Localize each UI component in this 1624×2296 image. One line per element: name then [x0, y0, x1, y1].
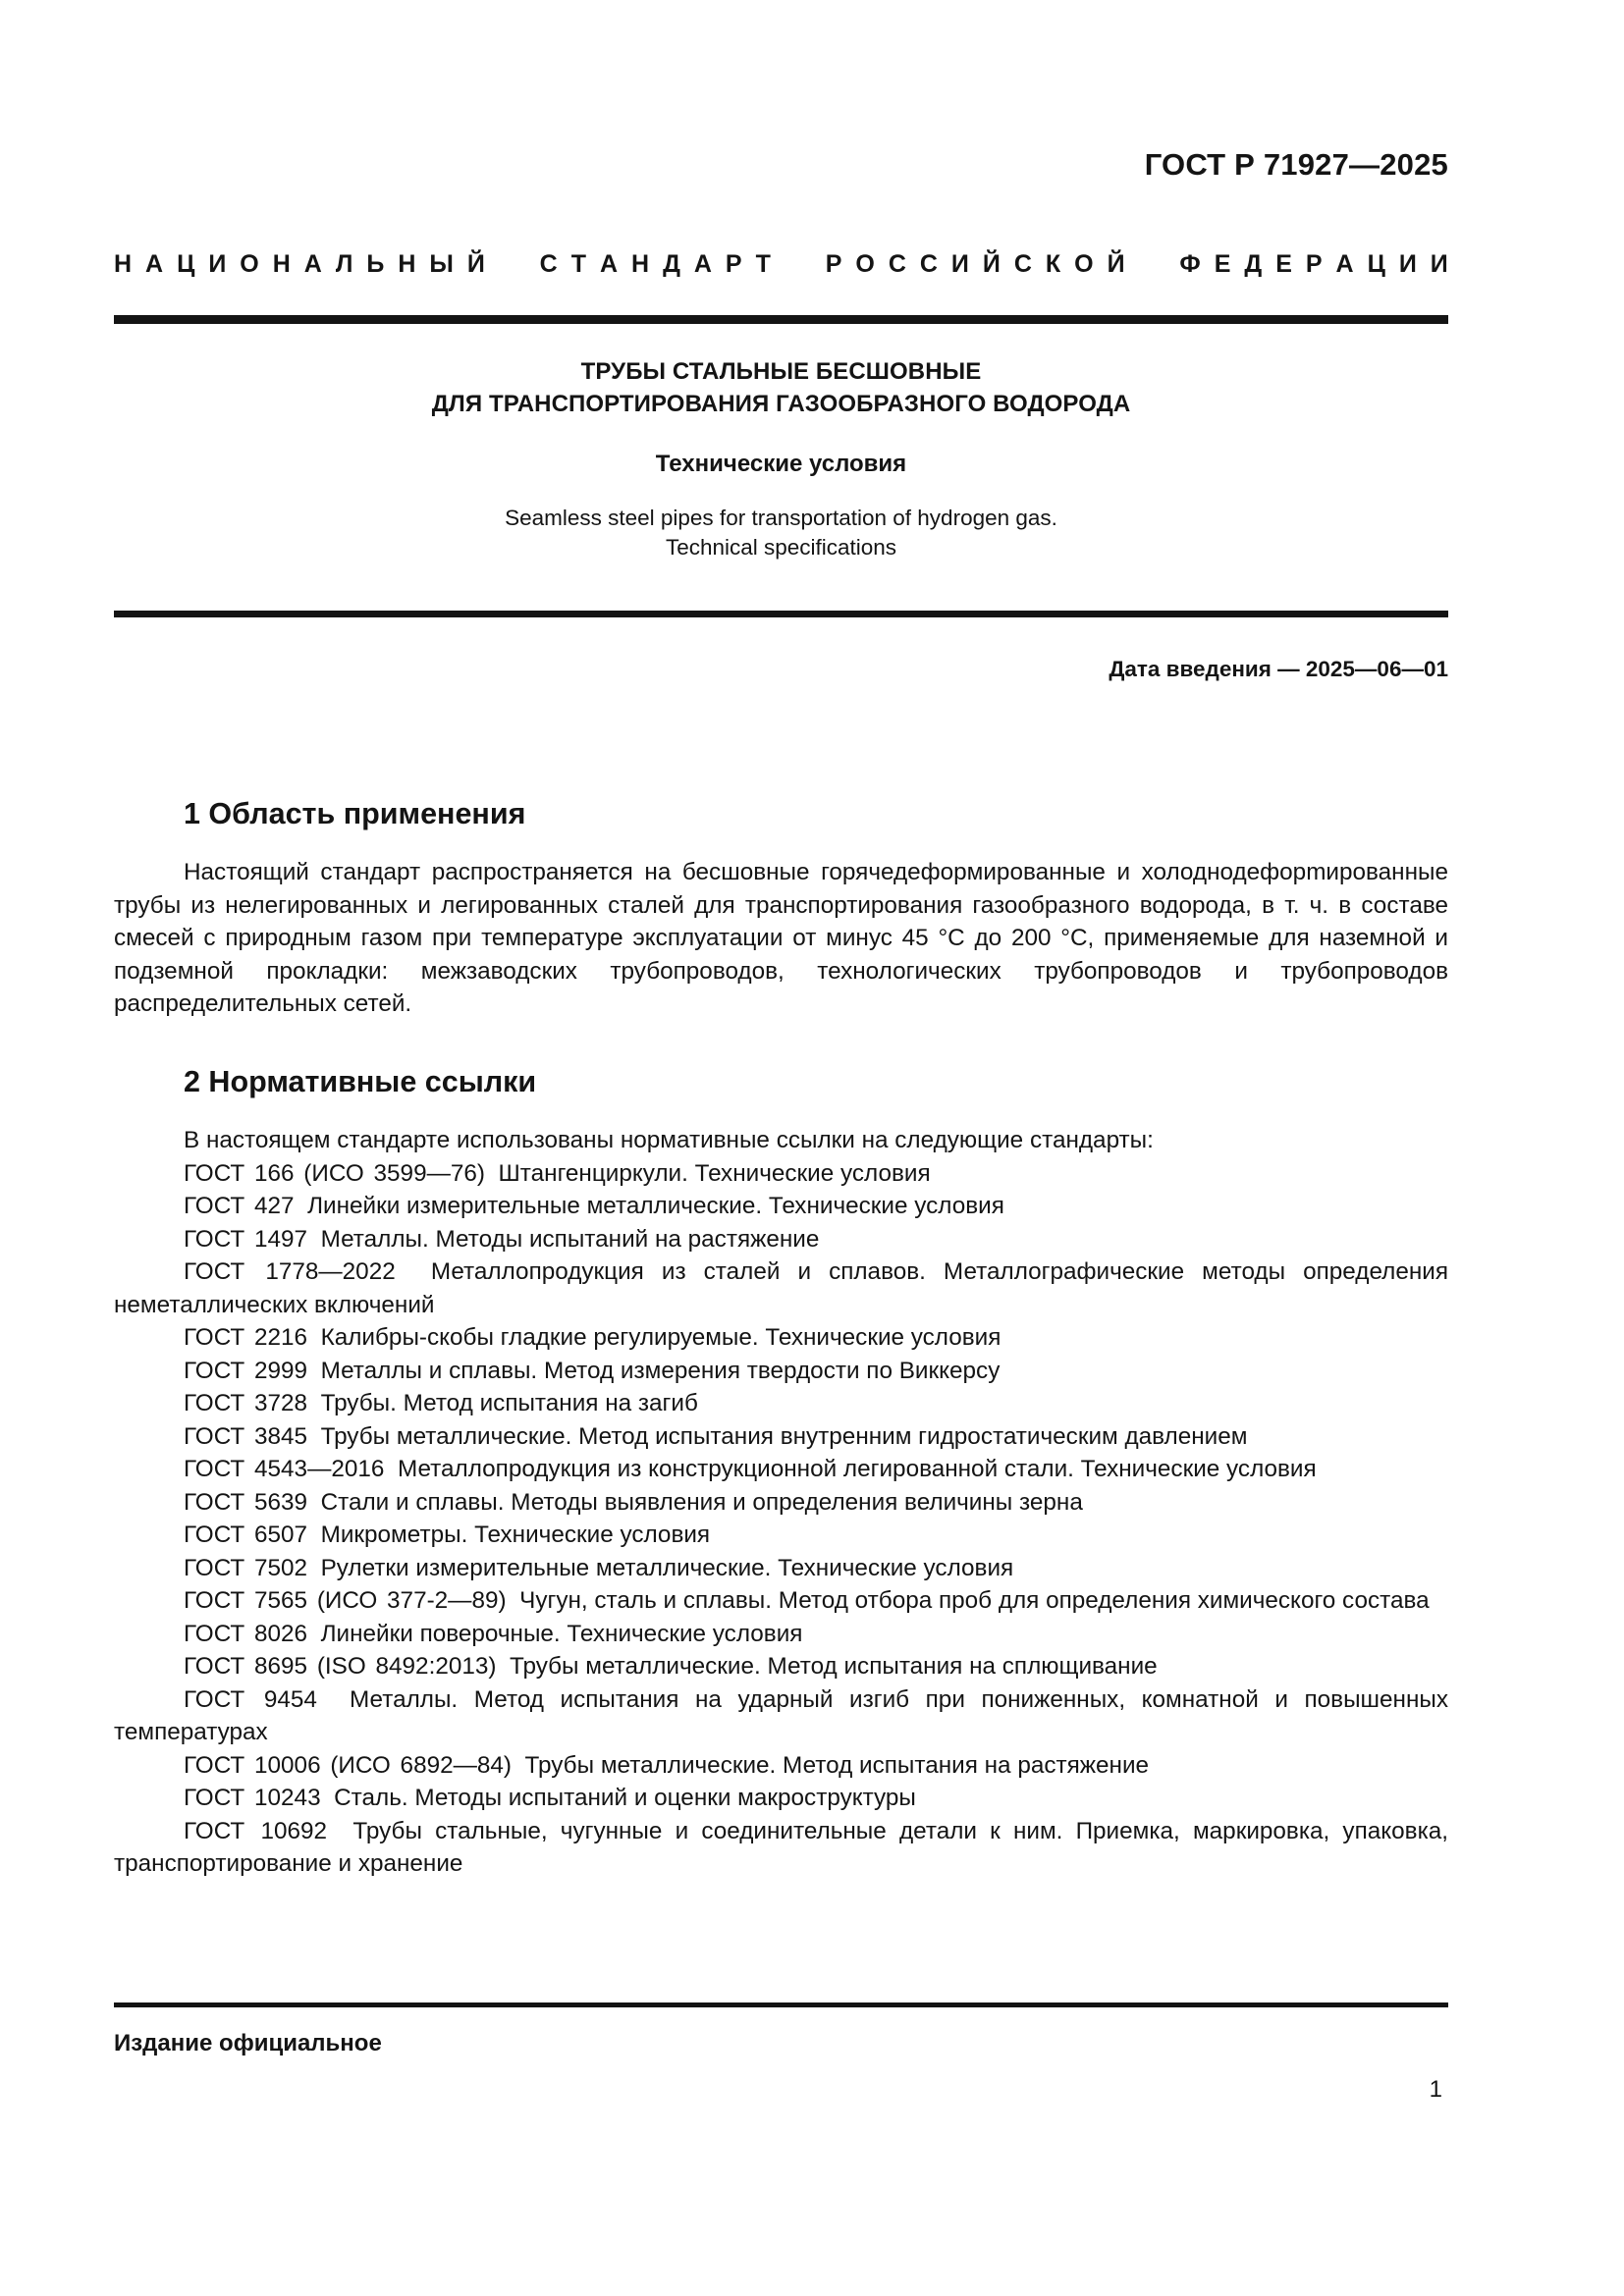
- banner-letter: [1159, 250, 1165, 279]
- banner-letter: К: [1046, 250, 1060, 279]
- reference-item: ГОСТ 2999 Металлы и сплавы. Метод измере…: [114, 1355, 1448, 1388]
- banner-letter: Н: [273, 250, 291, 279]
- banner-letter: И: [1431, 250, 1448, 279]
- banner-letter: И: [208, 250, 226, 279]
- banner-letter: Ц: [177, 250, 194, 279]
- reference-item: ГОСТ 4543—2016 Металлопродукция из конст…: [114, 1453, 1448, 1486]
- document-page: ГОСТ Р 71927—2025 НАЦИОНАЛЬНЫЙ СТАНДАРТ …: [114, 0, 1448, 2296]
- banner-letter: Е: [1215, 250, 1231, 279]
- reference-code: ГОСТ 4543—2016: [184, 1456, 384, 1482]
- section-1-heading: 1 Область применения: [184, 797, 525, 831]
- reference-code: ГОСТ 10243: [184, 1785, 321, 1811]
- reference-title: Металлопродукция из конструкционной леги…: [398, 1456, 1317, 1482]
- reference-title: Сталь. Методы испытаний и оценки макрост…: [334, 1785, 916, 1811]
- reference-code: ГОСТ 3845: [184, 1423, 307, 1450]
- banner-letter: [519, 250, 526, 279]
- reference-code: ГОСТ 3728: [184, 1390, 307, 1416]
- reference-code: ГОСТ 8695 (ISO 8492:2013): [184, 1653, 496, 1680]
- english-title-line-1: Seamless steel pipes for transportation …: [114, 504, 1448, 533]
- banner-letter: О: [855, 250, 874, 279]
- banner-letter: А: [145, 250, 163, 279]
- banner-letter: Й: [467, 250, 485, 279]
- normative-references-list: В настоящем стандарте использованы норма…: [114, 1124, 1448, 1881]
- banner-letter: Т: [571, 250, 586, 279]
- standard-designation: ГОСТ Р 71927—2025: [1145, 147, 1448, 183]
- reference-code: ГОСТ 427: [184, 1193, 295, 1219]
- banner-letter: Й: [983, 250, 1001, 279]
- reference-title: Рулетки измерительные металлические. Тех…: [321, 1555, 1014, 1581]
- banner-letter: Ф: [1179, 250, 1200, 279]
- banner-letter: Р: [826, 250, 842, 279]
- title-subtitle: Технические условия: [114, 448, 1448, 480]
- references-container: ГОСТ 166 (ИСО 3599—76) Штангенциркули. Т…: [114, 1157, 1448, 1881]
- introduction-date: Дата введения — 2025—06—01: [1109, 657, 1448, 682]
- banner-letter: [499, 250, 506, 279]
- reference-title: Трубы металлические. Метод испытания на …: [525, 1752, 1150, 1779]
- reference-title: Линейки поверочные. Технические условия: [321, 1621, 803, 1647]
- reference-title: Металлы. Методы испытаний на растяжение: [321, 1226, 820, 1253]
- section-2-heading: 2 Нормативные ссылки: [184, 1065, 536, 1099]
- banner-letter: Ь: [366, 250, 384, 279]
- banner-letter: А: [694, 250, 712, 279]
- title-line-1: ТРУБЫ СТАЛЬНЫЕ БЕСШОВНЫЕ: [114, 355, 1448, 388]
- page-number: 1: [1430, 2076, 1442, 2104]
- reference-code: ГОСТ 1778—2022: [184, 1258, 396, 1285]
- english-title: Seamless steel pipes for transportation …: [114, 504, 1448, 562]
- banner-letter: С: [920, 250, 938, 279]
- scope-section-body: Настоящий стандарт распространяется на б…: [114, 856, 1448, 1021]
- banner-letter: А: [600, 250, 618, 279]
- reference-code: ГОСТ 7565 (ИСО 377-2—89): [184, 1587, 507, 1614]
- reference-title: Трубы. Метод испытания на загиб: [321, 1390, 698, 1416]
- banner-letter: С: [1014, 250, 1032, 279]
- banner-letter: Н: [114, 250, 132, 279]
- reference-item: ГОСТ 7565 (ИСО 377-2—89) Чугун, сталь и …: [114, 1584, 1448, 1618]
- title-line-2: ДЛЯ ТРАНСПОРТИРОВАНИЯ ГАЗООБРАЗНОГО ВОДО…: [114, 388, 1448, 420]
- reference-item: ГОСТ 10006 (ИСО 6892—84) Трубы металличе…: [114, 1749, 1448, 1783]
- banner-letter: Т: [756, 250, 771, 279]
- reference-code: ГОСТ 5639: [184, 1489, 307, 1516]
- reference-title: Линейки измерительные металлические. Тех…: [307, 1193, 1004, 1219]
- banner-letter: Е: [1275, 250, 1292, 279]
- banner-letter: Ц: [1368, 250, 1385, 279]
- banner-letter: Н: [631, 250, 649, 279]
- banner-letter: Й: [1108, 250, 1125, 279]
- reference-code: ГОСТ 1497: [184, 1226, 307, 1253]
- reference-code: ГОСТ 7502: [184, 1555, 307, 1581]
- reference-code: ГОСТ 2216: [184, 1324, 307, 1351]
- reference-code: ГОСТ 9454: [184, 1686, 317, 1713]
- reference-code: ГОСТ 10006 (ИСО 6892—84): [184, 1752, 512, 1779]
- banner-letter: А: [304, 250, 322, 279]
- scope-paragraph: Настоящий стандарт распространяется на б…: [114, 856, 1448, 1021]
- reference-item: ГОСТ 8695 (ISO 8492:2013) Трубы металлич…: [114, 1650, 1448, 1683]
- banner-letter: И: [951, 250, 969, 279]
- banner-letter: Д: [1244, 250, 1262, 279]
- reference-code: ГОСТ 6507: [184, 1522, 307, 1548]
- banner-letter: [805, 250, 812, 279]
- top-rule-divider: [114, 315, 1448, 324]
- title-rule-divider: [114, 611, 1448, 617]
- official-edition-label: Издание официальное: [114, 2030, 382, 2057]
- banner-letter: [785, 250, 791, 279]
- national-standard-banner: НАЦИОНАЛЬНЫЙ СТАНДАРТ РОССИЙСКОЙ ФЕДЕРАЦ…: [114, 250, 1448, 279]
- reference-item: ГОСТ 8026 Линейки поверочные. Технически…: [114, 1618, 1448, 1651]
- reference-item: ГОСТ 3728 Трубы. Метод испытания на заги…: [114, 1387, 1448, 1420]
- reference-item: ГОСТ 7502 Рулетки измерительные металлич…: [114, 1552, 1448, 1585]
- reference-code: ГОСТ 10692: [184, 1818, 327, 1844]
- banner-letter: Д: [663, 250, 680, 279]
- reference-title: Металлы и сплавы. Метод измерения твердо…: [321, 1358, 1001, 1384]
- reference-title: Штангенциркули. Технические условия: [499, 1160, 931, 1187]
- references-intro: В настоящем стандарте использованы норма…: [114, 1124, 1448, 1157]
- footer-rule-divider: [114, 2002, 1448, 2007]
- reference-item: ГОСТ 10692 Трубы стальные, чугунные и со…: [114, 1815, 1448, 1881]
- reference-title: Калибры-скобы гладкие регулируемые. Техн…: [321, 1324, 1001, 1351]
- reference-item: ГОСТ 1778—2022 Металлопродукция из стале…: [114, 1255, 1448, 1321]
- banner-letter: А: [1336, 250, 1354, 279]
- reference-code: ГОСТ 2999: [184, 1358, 307, 1384]
- reference-item: ГОСТ 166 (ИСО 3599—76) Штангенциркули. Т…: [114, 1157, 1448, 1191]
- reference-code: ГОСТ 8026: [184, 1621, 307, 1647]
- banner-letter: С: [889, 250, 906, 279]
- reference-title: Чугун, сталь и сплавы. Метод отбора проб…: [519, 1587, 1430, 1614]
- banner-letter: [1139, 250, 1146, 279]
- reference-item: ГОСТ 3845 Трубы металлические. Метод исп…: [114, 1420, 1448, 1454]
- banner-letter: Ы: [429, 250, 453, 279]
- reference-item: ГОСТ 5639 Стали и сплавы. Методы выявлен…: [114, 1486, 1448, 1520]
- title-block: ТРУБЫ СТАЛЬНЫЕ БЕСШОВНЫЕ ДЛЯ ТРАНСПОРТИР…: [114, 355, 1448, 562]
- reference-title: Микрометры. Технические условия: [321, 1522, 711, 1548]
- english-title-line-2: Technical specifications: [114, 533, 1448, 562]
- reference-item: ГОСТ 1497 Металлы. Методы испытаний на р…: [114, 1223, 1448, 1256]
- banner-letter: Л: [336, 250, 353, 279]
- banner-letter: О: [240, 250, 258, 279]
- banner-letter: Н: [398, 250, 415, 279]
- reference-item: ГОСТ 9454 Металлы. Метод испытания на уд…: [114, 1683, 1448, 1749]
- reference-item: ГОСТ 2216 Калибры-скобы гладкие регулиру…: [114, 1321, 1448, 1355]
- banner-letter: О: [1074, 250, 1093, 279]
- reference-title: Стали и сплавы. Методы выявления и опред…: [321, 1489, 1083, 1516]
- reference-code: ГОСТ 166 (ИСО 3599—76): [184, 1160, 485, 1187]
- banner-letter: Р: [726, 250, 742, 279]
- banner-letter: И: [1399, 250, 1417, 279]
- reference-item: ГОСТ 427 Линейки измерительные металличе…: [114, 1190, 1448, 1223]
- reference-title: Трубы металлические. Метод испытания на …: [510, 1653, 1158, 1680]
- banner-letter: Р: [1306, 250, 1323, 279]
- reference-item: ГОСТ 6507 Микрометры. Технические услови…: [114, 1519, 1448, 1552]
- banner-letter: С: [540, 250, 558, 279]
- reference-title: Трубы металлические. Метод испытания вну…: [321, 1423, 1248, 1450]
- reference-item: ГОСТ 10243 Сталь. Методы испытаний и оце…: [114, 1782, 1448, 1815]
